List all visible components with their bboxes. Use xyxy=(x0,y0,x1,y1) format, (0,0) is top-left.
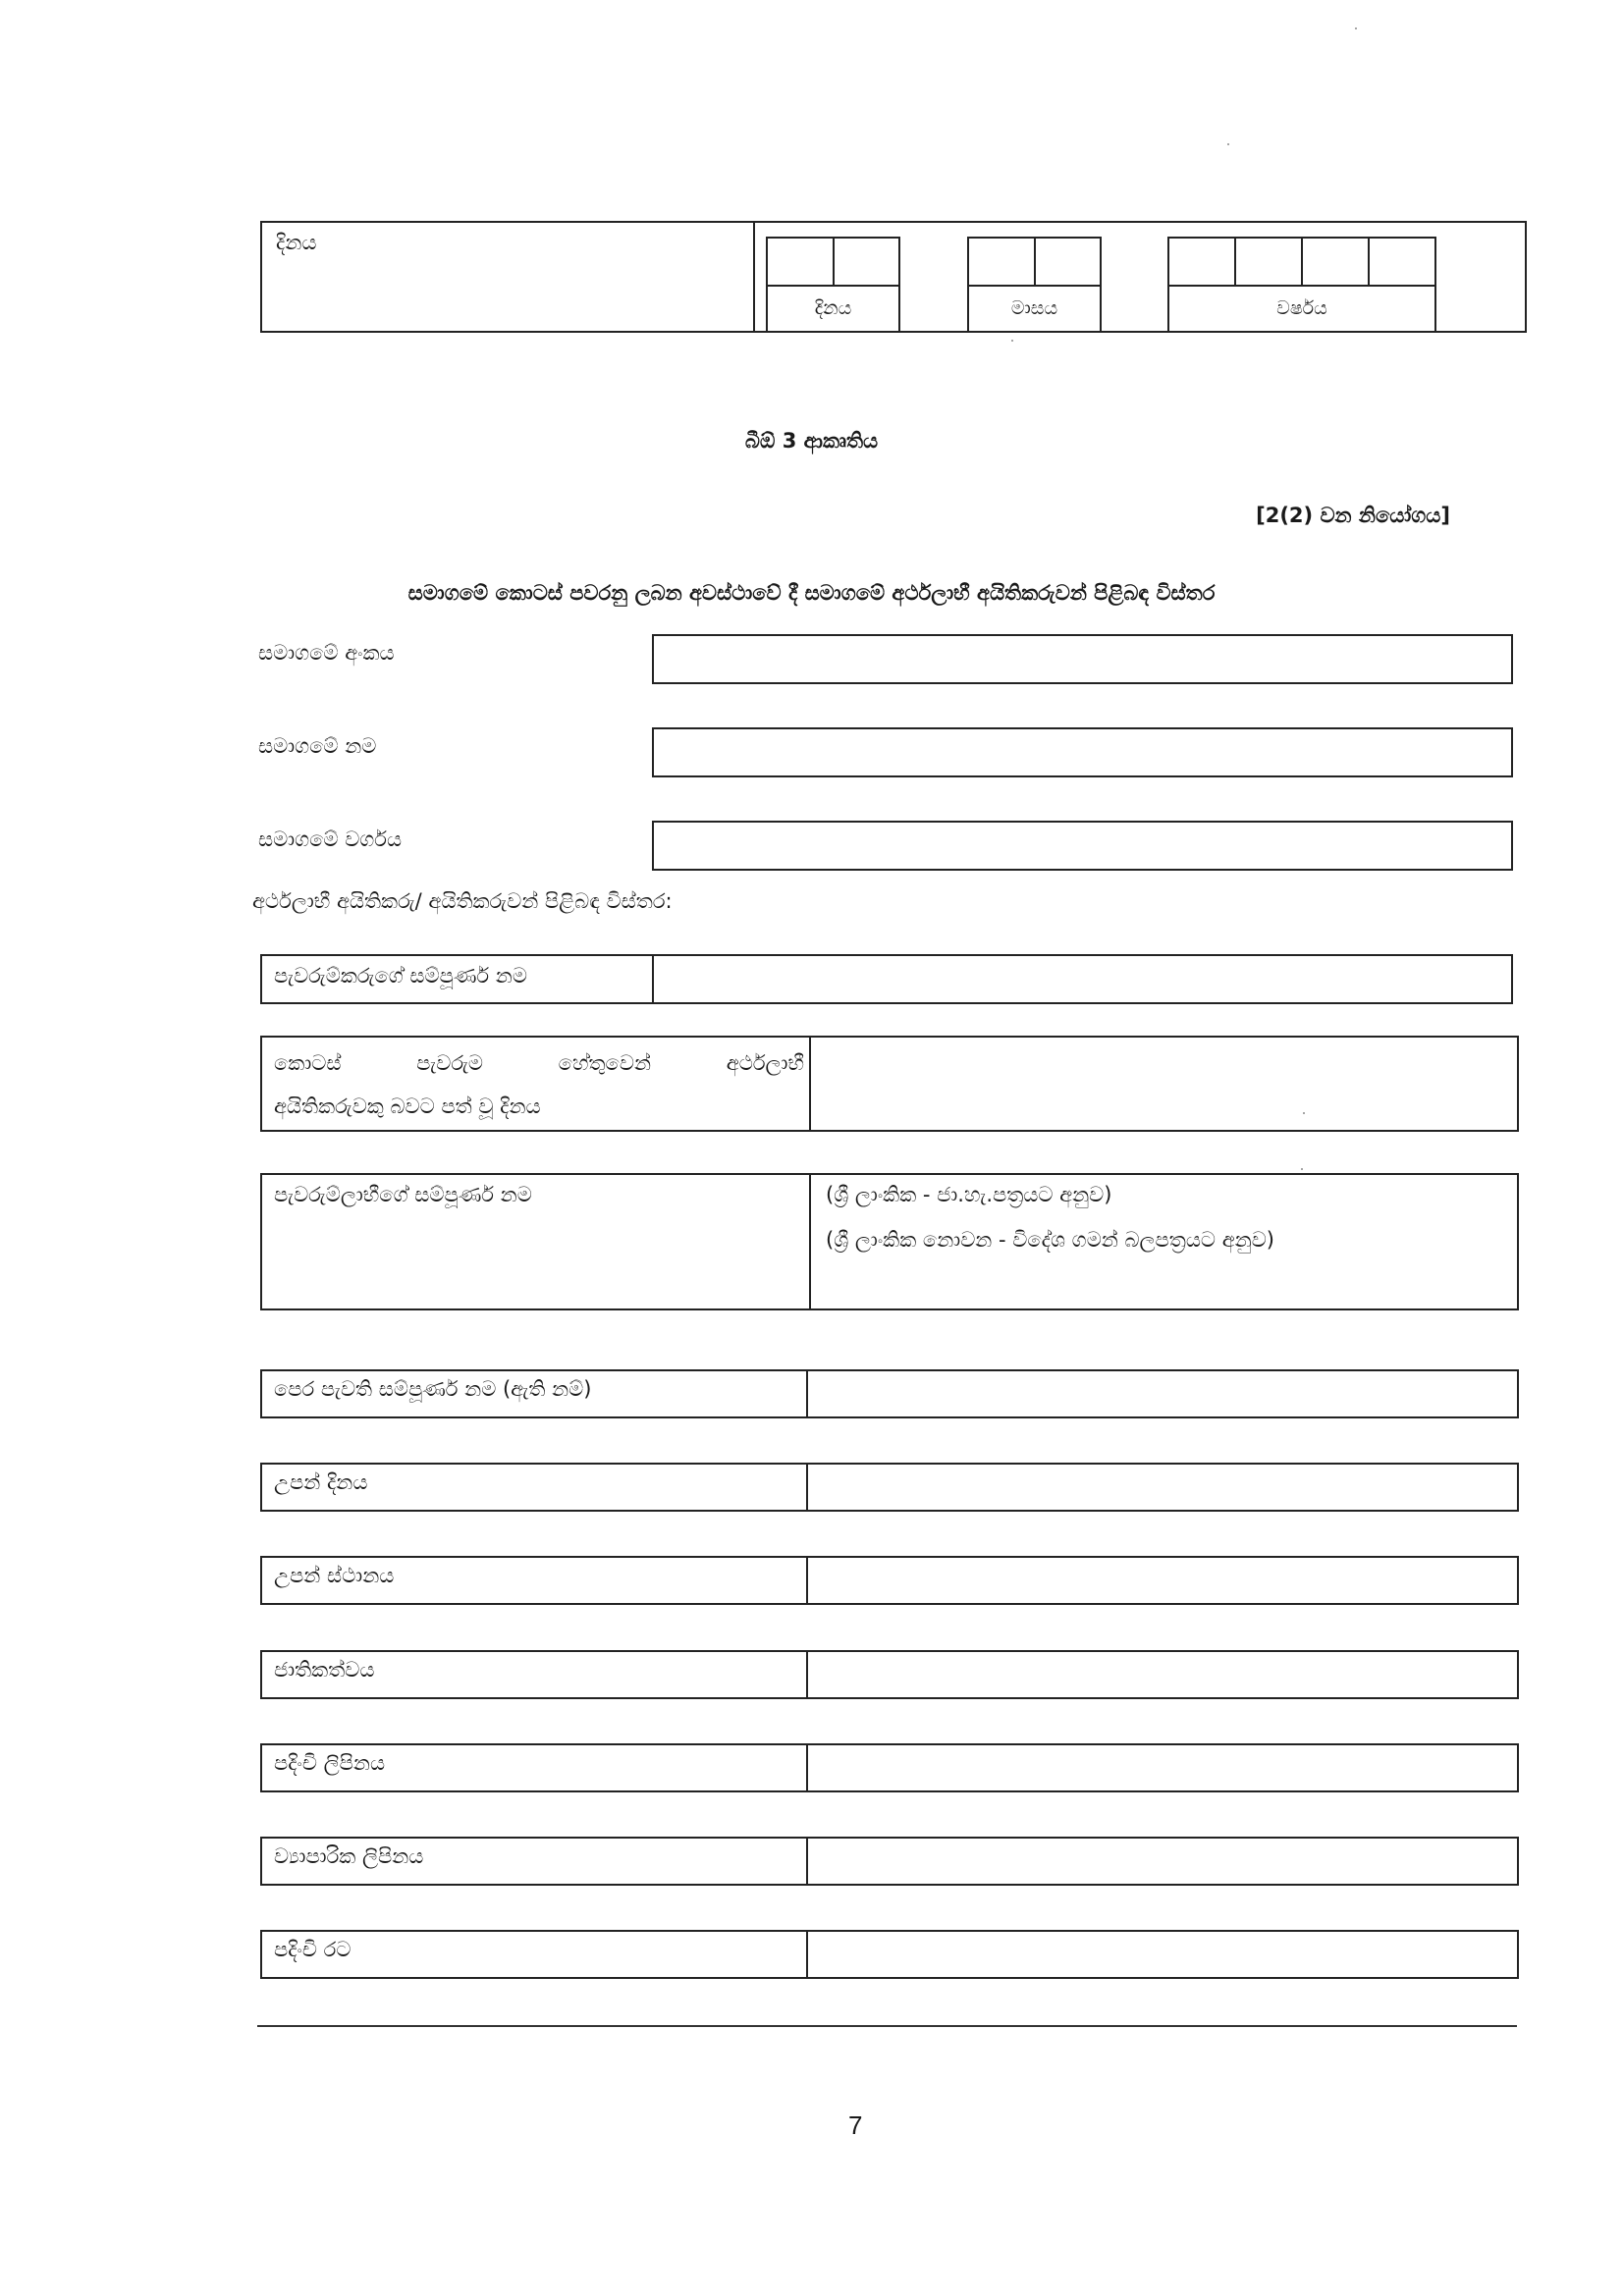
row-divider xyxy=(806,1932,808,1977)
beneficial-date-label-line2: අයිතිකරුවකු බවට පත් වූ දිනය xyxy=(274,1085,804,1128)
row-divider xyxy=(806,1558,808,1603)
year-box[interactable]: වර්ෂය xyxy=(1167,237,1436,333)
row-divider xyxy=(806,1652,808,1697)
footer-rule xyxy=(257,2025,1517,2027)
day-caption: දිනය xyxy=(768,286,898,331)
detail-field[interactable] xyxy=(809,1371,1517,1416)
detail-field[interactable] xyxy=(809,1558,1517,1603)
detail-label: පදිංචි රට xyxy=(274,1934,351,1967)
form-title: බීඕ 3 ආකෘතිය xyxy=(0,429,1623,454)
detail-label: උපන් දිනය xyxy=(274,1467,367,1500)
beneficial-date-label-line1: කොටස් පැවරුම හේතුවෙන් අර්ථලාභී xyxy=(274,1041,804,1085)
transferee-note-line2: (ශ්‍රී ලාංකික නොවන - විදේශ ගමන් බලපත්‍රය… xyxy=(826,1224,1274,1257)
detail-label: පදිංචි ලිපිනය xyxy=(274,1747,385,1781)
year-digit-4[interactable] xyxy=(1368,239,1434,285)
section-heading: සමාගමේ කොටස් පවරනු ලබන අවස්ථාවේ දී සමාගම… xyxy=(0,581,1623,606)
day-digit-cells[interactable] xyxy=(768,239,898,287)
month-box[interactable]: මාසය xyxy=(967,237,1102,333)
day-digit-1[interactable] xyxy=(768,239,833,285)
detail-row: ජාතිකත්වය xyxy=(260,1650,1519,1699)
month-caption: මාසය xyxy=(969,286,1100,331)
year-digit-2[interactable] xyxy=(1234,239,1301,285)
beneficial-date-field[interactable] xyxy=(812,1038,1517,1130)
scan-speck xyxy=(1301,1168,1303,1170)
row-divider xyxy=(806,1465,808,1510)
scan-speck xyxy=(1227,143,1229,145)
detail-field[interactable] xyxy=(809,1745,1517,1790)
company-number-field[interactable] xyxy=(652,634,1513,684)
detail-field[interactable] xyxy=(809,1839,1517,1884)
company-number-label: සමාගමේ අංකය xyxy=(258,637,395,670)
year-digit-3[interactable] xyxy=(1301,239,1368,285)
row-divider xyxy=(806,1745,808,1790)
transferor-name-field[interactable] xyxy=(655,956,1511,1002)
transferor-name-row: පැවරුම්කරුගේ සම්පූර්ණ නම xyxy=(260,954,1513,1004)
row-divider xyxy=(806,1839,808,1884)
year-caption: වර්ෂය xyxy=(1169,286,1434,331)
company-name-field[interactable] xyxy=(652,727,1513,777)
scan-speck xyxy=(1303,1112,1305,1114)
month-digit-1[interactable] xyxy=(969,239,1034,285)
transferee-name-label: පැවරුම්ලාභීගේ සම්පූර්ණ නම xyxy=(274,1179,532,1212)
owners-heading: අර්ථලාභී අයිතිකරු/ අයිතිකරුවන් පිළිබඳ වි… xyxy=(252,885,673,919)
date-label: දිනය xyxy=(276,227,316,260)
detail-row: උපන් ස්ථානය xyxy=(260,1556,1519,1605)
detail-row: උපන් දිනය xyxy=(260,1463,1519,1512)
detail-row: පෙර පැවති සම්පූර්ණ නම (ඇති නම්) xyxy=(260,1369,1519,1418)
row-divider xyxy=(806,1371,808,1416)
company-type-field[interactable] xyxy=(652,821,1513,871)
scan-speck xyxy=(1011,340,1013,342)
date-section: දිනය දිනය මාසය වර්ෂය xyxy=(260,221,1527,333)
month-digit-cells[interactable] xyxy=(969,239,1100,287)
transferor-name-label: පැවරුම්කරුගේ සම්පූර්ණ නම xyxy=(274,960,527,993)
detail-label: පෙර පැවති සම්පූර්ණ නම (ඇති නම්) xyxy=(274,1373,591,1407)
row-divider xyxy=(652,956,654,1002)
row-divider xyxy=(809,1038,811,1130)
detail-label: ව්‍යාපාරික ලිපිනය xyxy=(274,1841,423,1874)
beneficial-date-label: කොටස් පැවරුම හේතුවෙන් අර්ථලාභී අයිතිකරුව… xyxy=(274,1041,804,1128)
detail-field[interactable] xyxy=(809,1465,1517,1510)
scan-speck xyxy=(1355,27,1357,29)
row-divider xyxy=(809,1175,811,1308)
detail-label: ජාතිකත්වය xyxy=(274,1654,374,1687)
detail-field[interactable] xyxy=(809,1652,1517,1697)
detail-row: පදිංචි රට xyxy=(260,1930,1519,1979)
detail-row: පදිංචි ලිපිනය xyxy=(260,1743,1519,1792)
page-number: 7 xyxy=(848,2110,862,2141)
detail-row: ව්‍යාපාරික ලිපිනය xyxy=(260,1837,1519,1886)
transferee-note-line1: (ශ්‍රී ලාංකික - ජා.හැ.පත්‍රයට අනුව) xyxy=(826,1179,1111,1212)
year-digit-1[interactable] xyxy=(1169,239,1234,285)
day-box[interactable]: දිනය xyxy=(766,237,900,333)
company-name-label: සමාගමේ නම xyxy=(258,730,376,764)
detail-label: උපන් ස්ථානය xyxy=(274,1560,394,1593)
regulation-reference: [2(2) වන නියෝගය] xyxy=(1256,504,1450,528)
detail-field[interactable] xyxy=(809,1932,1517,1977)
beneficial-date-row: කොටස් පැවරුම හේතුවෙන් අර්ථලාභී අයිතිකරුව… xyxy=(260,1036,1519,1132)
company-type-label: සමාගමේ වර්ගය xyxy=(258,824,402,857)
date-divider xyxy=(753,223,755,331)
month-digit-2[interactable] xyxy=(1034,239,1101,285)
day-digit-2[interactable] xyxy=(833,239,899,285)
transferee-name-row: පැවරුම්ලාභීගේ සම්පූර්ණ නම (ශ්‍රී ලාංකික … xyxy=(260,1173,1519,1310)
year-digit-cells[interactable] xyxy=(1169,239,1434,287)
transferee-name-field[interactable]: (ශ්‍රී ලාංකික - ජා.හැ.පත්‍රයට අනුව) (ශ්‍… xyxy=(812,1175,1517,1308)
